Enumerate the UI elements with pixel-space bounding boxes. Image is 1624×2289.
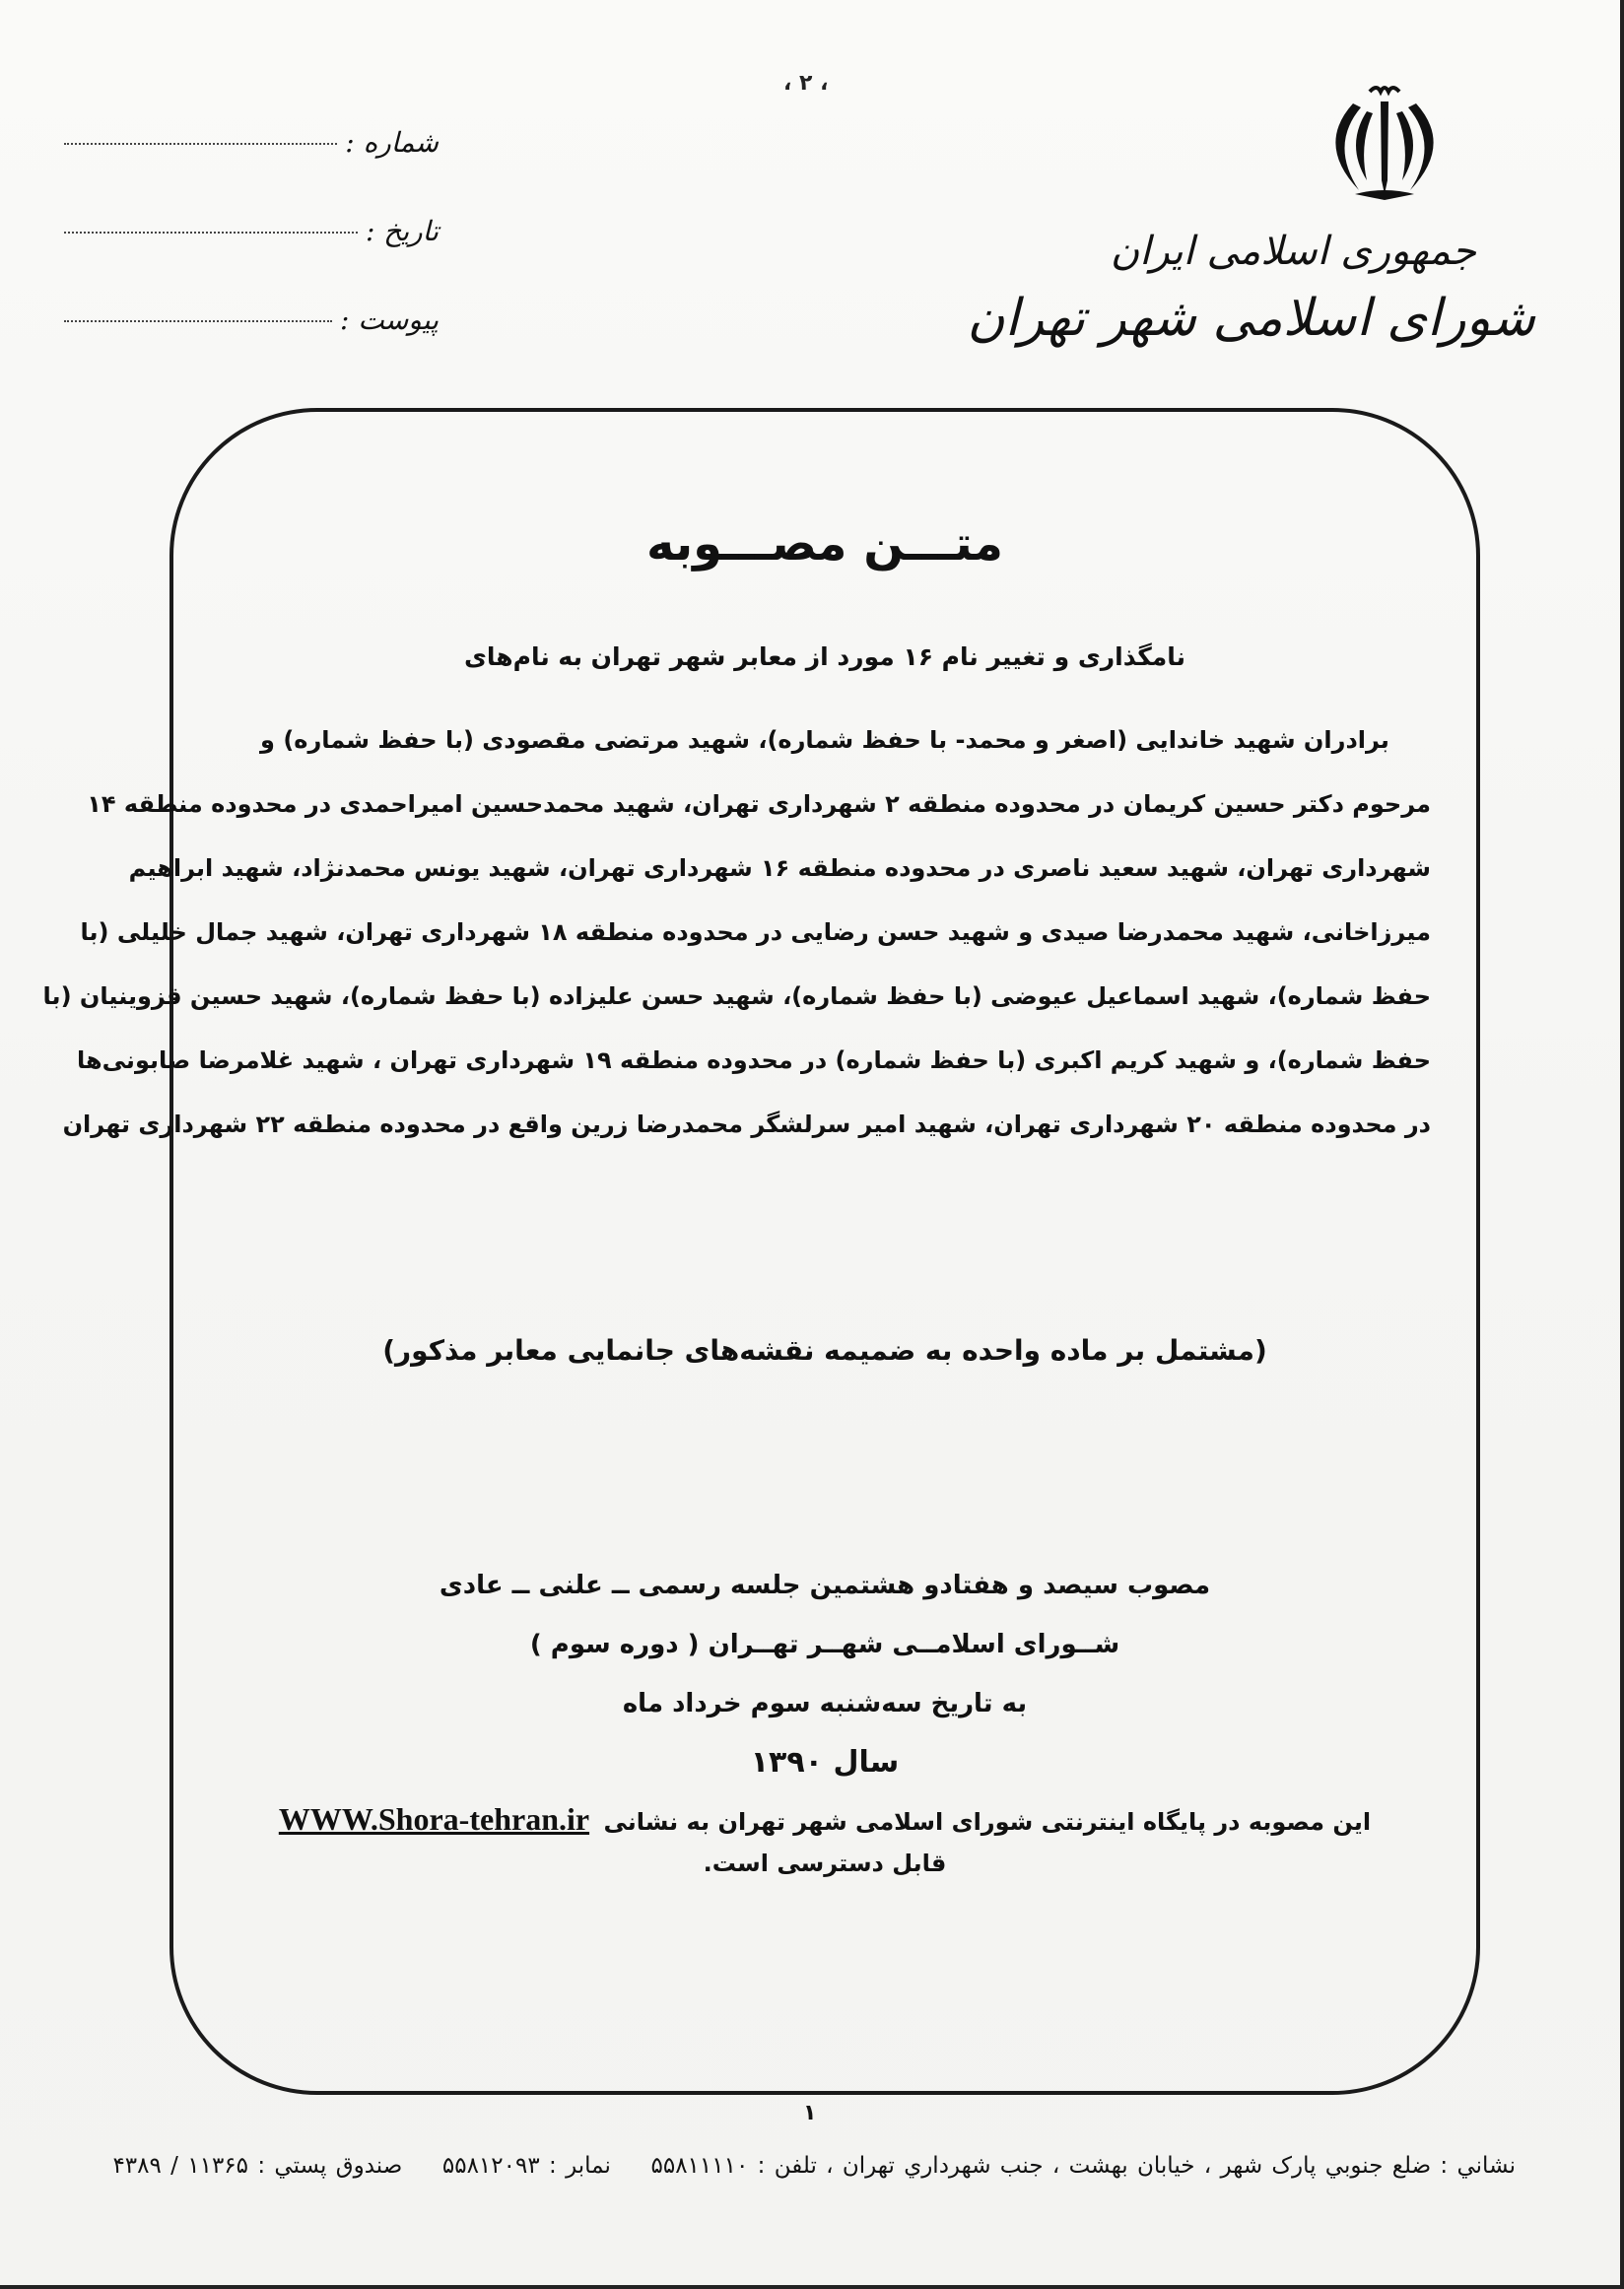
field-attachment: پیوست : [64,281,439,336]
body-line: مرحوم دکتر حسین کریمان در محدوده منطقه ۲… [219,773,1431,837]
header-titles: جمهوری اسلامی ایران شورای اسلامی شهر تهر… [967,227,1535,353]
field-number-line [64,123,337,145]
field-date-label: تاریخ : [358,215,439,247]
organization-name: شورای اسلامی شهر تهران [967,284,1535,353]
footer-po-box: ۱۱۳۶۵ / ۴۳۸۹ [112,2153,248,2179]
approval-year: سال ۱۳۹۰ [169,1733,1480,1792]
body-line: شهرداری تهران، شهید سعید ناصری در محدوده… [219,837,1431,901]
field-number: شماره : [64,103,439,159]
country-name: جمهوری اسلامی ایران [967,227,1476,276]
website-link[interactable]: WWW.Shora-tehran.ir [279,1801,589,1837]
body-line: حفظ شماره)، و شهید کریم اکبری (با حفظ شم… [219,1029,1431,1093]
field-date: تاریخ : [64,192,439,247]
body-line: میرزاخانی، شهید محمدرضا صیدی و شهید حسن … [219,901,1431,965]
footer-contact: نشاني : ضلع جنوبي پارک شهر ، خیابان بهشت… [112,2153,1516,2179]
field-attachment-line [64,301,332,322]
field-attachment-label: پیوست : [332,303,439,336]
scan-edge-bottom [0,2285,1624,2289]
annex-note: (مشتمل بر ماده واحده به ضمیمه نقشه‌های ج… [169,1334,1480,1367]
document-page: ، ۲ ، شماره : تاریخ : پیوست : [0,0,1624,2289]
page-number: ۱ [803,2101,816,2125]
web-note-text2: قابل دسترسی است. [169,1844,1480,1883]
footer-po-box-label: صندوق پستي : [257,2153,402,2179]
web-note: این مصوبه در پایگاه اینترنتی شورای اسلام… [169,1797,1480,1883]
document-title: متـــن مصـــوبه [169,516,1480,572]
iran-emblem-icon [1316,84,1454,212]
footer-fax-label: نمابر : [549,2153,611,2179]
approval-council: شــورای اسلامــی شهــر تهــران ( دوره سو… [169,1615,1480,1674]
field-number-label: شماره : [337,126,439,159]
footer-phone-label: تلفن : [758,2153,817,2179]
approval-session: مصوب سیصد و هفتادو هشتمین جلسه رسمی ــ ع… [169,1556,1480,1615]
resolution-body: برادران شهید خاندایی (اصغر و محمد- با حف… [219,708,1431,1157]
document-subtitle: نامگذاری و تغییر نام ۱۶ مورد از معابر شه… [169,642,1480,671]
field-date-line [64,212,358,234]
header-fields: شماره : تاریخ : پیوست : [64,103,439,370]
approval-block: مصوب سیصد و هفتادو هشتمین جلسه رسمی ــ ع… [169,1556,1480,1792]
body-line: برادران شهید خاندایی (اصغر و محمد- با حف… [219,708,1431,773]
footer-address: نشاني : ضلع جنوبي پارک شهر ، خیابان بهشت… [826,2153,1516,2179]
scan-edge-right [1620,0,1624,2289]
approval-date: به تاریخ سه‌شنبه سوم خرداد ماه [169,1674,1480,1733]
web-note-text: این مصوبه در پایگاه اینترنتی شورای اسلام… [603,1808,1371,1836]
scan-mark: ، ۲ ، [783,71,828,96]
footer-phone: ۵۵۸۱۱۱۱۰ [651,2153,749,2179]
footer-fax: ۵۵۸۱۲۰۹۳ [442,2153,540,2179]
body-line: در محدوده منطقه ۲۰ شهرداری تهران، شهید ا… [219,1093,1431,1157]
body-line: حفظ شماره)، شهید اسماعیل عیوضی (با حفظ ش… [219,965,1431,1029]
